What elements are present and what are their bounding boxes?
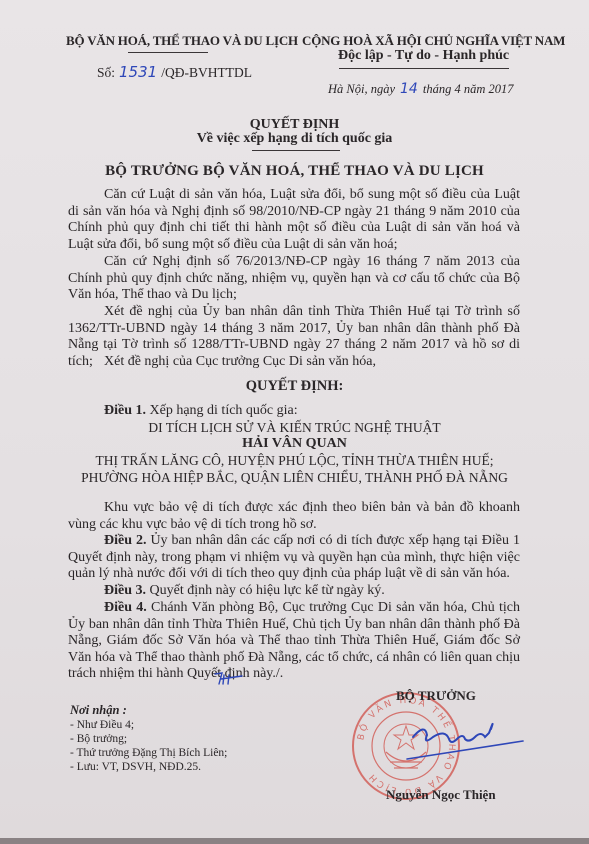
recipient-item: - Như Điều 4; (70, 719, 134, 731)
motto-underline (339, 68, 509, 69)
article-4-label: Điều 4. (104, 600, 147, 615)
issuer-title: BỘ TRƯỞNG BỘ VĂN HOÁ, THỂ THAO VÀ DU LỊC… (0, 163, 589, 180)
recipient-item: - Lưu: VT, DSVH, NĐD.25. (70, 761, 201, 773)
document-page: BỘ VĂN HOÁ, THỂ THAO VÀ DU LỊCH Số:1531/… (0, 0, 589, 844)
decision-heading: QUYẾT ĐỊNH: (0, 378, 589, 395)
article-3-text: Quyết định này có hiệu lực kể từ ngày ký… (150, 583, 385, 598)
date-line: Hà Nội, ngày14tháng 4 năm 2017 (328, 81, 513, 97)
preamble-paragraph: Căn cứ Luật di sản văn hóa, Luật sửa đổi… (68, 187, 520, 253)
issuing-agency: BỘ VĂN HOÁ, THỂ THAO VÀ DU LỊCH (66, 33, 298, 49)
document-subject: Về việc xếp hạng di tích quốc gia (0, 131, 589, 147)
article-1-label: Điều 1. (104, 403, 146, 418)
article-4: Điều 4. Chánh Văn phòng Bộ, Cục trưởng C… (68, 600, 520, 683)
doc-number-prefix: Số: (97, 65, 115, 80)
preamble-paragraph: Xét đề nghị của Cục trưởng Cục Di sản vă… (68, 354, 520, 371)
date-suffix: tháng 4 năm 2017 (423, 82, 514, 96)
doc-number-handwritten: 1531 (119, 63, 157, 81)
preamble-paragraph: Căn cứ Nghị định số 76/2013/NĐ-CP ngày 1… (68, 254, 520, 304)
signer-title: BỘ TRƯỞNG (396, 688, 476, 704)
page-bottom-edge (0, 838, 589, 844)
article-2-label: Điều 2. (104, 533, 146, 548)
relic-category: DI TÍCH LỊCH SỬ VÀ KIẾN TRÚC NGHỆ THUẬT (0, 420, 589, 436)
handwritten-initials (212, 670, 246, 686)
article-1-text: Xếp hạng di tích quốc gia: (150, 403, 298, 418)
article-3: Điều 3. Quyết định này có hiệu lực kể từ… (68, 583, 520, 600)
national-title: CỘNG HOÀ XÃ HỘI CHỦ NGHĨA VIỆT NAM (302, 33, 565, 49)
document-number: Số:1531/QĐ-BVHTTDL (97, 63, 252, 81)
date-prefix: Hà Nội, ngày (328, 82, 395, 96)
recipients-title: Nơi nhận : (70, 703, 127, 718)
article-3-label: Điều 3. (104, 583, 146, 598)
doc-number-suffix: /QĐ-BVHTTDL (161, 65, 252, 80)
relic-location-2: PHƯỜNG HÒA HIỆP BẮC, QUẬN LIÊN CHIỂU, TH… (0, 470, 589, 486)
protection-note: Khu vực bảo vệ di tích được xác định the… (68, 500, 520, 533)
agency-underline (128, 52, 208, 53)
relic-name: HẢI VÂN QUAN (0, 436, 589, 452)
handwritten-signature (405, 715, 535, 770)
recipient-item: - Bộ trưởng; (70, 733, 127, 745)
recipient-item: - Thứ trưởng Đặng Thị Bích Liên; (70, 747, 227, 759)
article-2: Điều 2. Ủy ban nhân dân các cấp nơi có d… (68, 533, 520, 583)
subject-underline (252, 150, 340, 151)
relic-location-1: THỊ TRẤN LĂNG CÔ, HUYỆN PHÚ LỘC, TỈNH TH… (0, 453, 589, 469)
article-1: Điều 1. Xếp hạng di tích quốc gia: (68, 403, 520, 420)
national-motto: Độc lập - Tự do - Hạnh phúc (338, 48, 509, 64)
signer-name: Nguyễn Ngọc Thiện (386, 787, 496, 803)
date-day-handwritten: 14 (400, 81, 418, 97)
